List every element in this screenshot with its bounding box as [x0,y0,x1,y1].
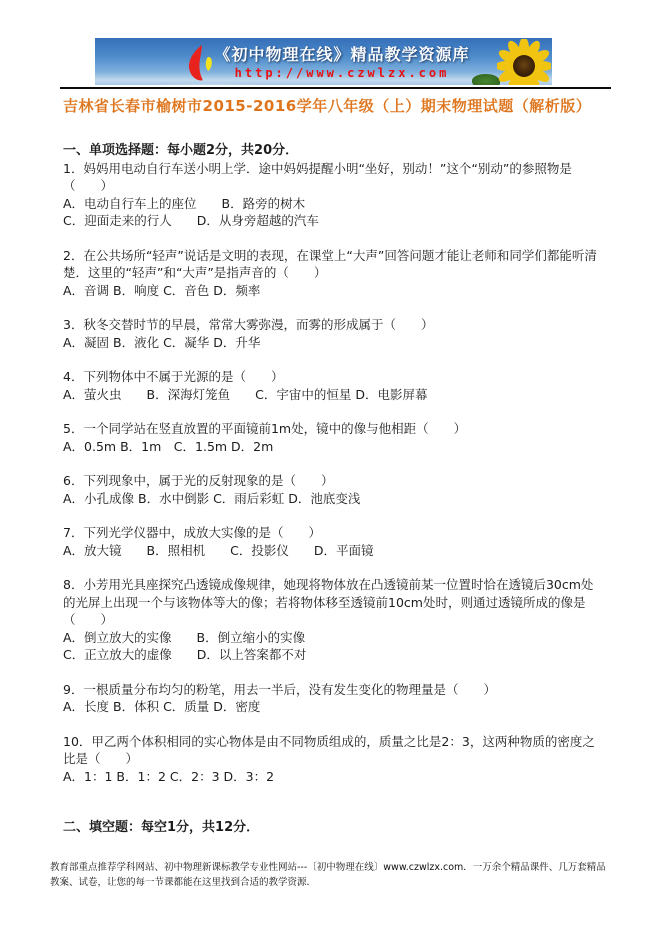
footer-note: 教育部重点推荐学科网站、初中物理新课标教学专业性网站---〔初中物理在线〕www… [50,861,612,890]
question-options-line: A．长度 B．体积 C．质量 D．密度 [63,698,600,716]
question-options-line: A．萤火虫 B．深海灯笼鱼 C．宇宙中的恒星 D．电影屏幕 [63,386,600,404]
question-stem: 5．一个同学站在竖直放置的平面镜前1m处，镜中的像与他相距（ ） [63,420,600,438]
question-7: 7．下列光学仪器中，成放大实像的是（ ） A．放大镜 B．照相机 C．投影仪 D… [63,524,600,559]
question-3: 3．秋冬交替时节的早晨，常常大雾弥漫，而雾的形成属于（ ） A．凝固 B．液化 … [63,316,600,351]
question-1: 1．妈妈用电动自行车送小明上学．途中妈妈提醒小明“坐好，别动！”这个“别动”的参… [63,160,600,230]
question-2: 2．在公共场所“轻声”说话是文明的表现，在课堂上“大声”回答问题才能让老师和同学… [63,247,600,300]
question-options-line: A．倒立放大的实像 B．倒立缩小的实像 [63,629,600,647]
site-banner: 《初中物理在线》精品教学资源库 http://www.czwlzx.com [95,38,552,85]
question-options-line: C．迎面走来的行人 D．从身旁超越的汽车 [63,212,600,230]
question-stem: 1．妈妈用电动自行车送小明上学．途中妈妈提醒小明“坐好，别动！”这个“别动”的参… [63,160,600,195]
question-stem: 4．下列物体中不属于光源的是（ ） [63,368,600,386]
banner-site-title: 《初中物理在线》精品教学资源库 [190,42,494,65]
question-stem: 9．一根质量分布均匀的粉笔，用去一半后，没有发生变化的物理量是（ ） [63,681,600,699]
section-2-heading: 二、填空题：每空1分，共12分． [63,819,600,837]
question-options-line: A．放大镜 B．照相机 C．投影仪 D．平面镜 [63,542,600,560]
question-6: 6．下列现象中，属于光的反射现象的是（ ） A．小孔成像 B．水中倒影 C．雨后… [63,472,600,507]
question-10: 10．甲乙两个体积相同的实心物体是由不同物质组成的，质量之比是2：3，这两种物质… [63,733,600,786]
question-options-line: A．小孔成像 B．水中倒影 C．雨后彩虹 D．池底变浅 [63,490,600,508]
question-stem: 10．甲乙两个体积相同的实心物体是由不同物质组成的，质量之比是2：3，这两种物质… [63,733,600,768]
question-stem: 6．下列现象中，属于光的反射现象的是（ ） [63,472,600,490]
banner-site-url: http://www.czwlzx.com [190,66,494,80]
question-5: 5．一个同学站在竖直放置的平面镜前1m处，镜中的像与他相距（ ） A．0.5m … [63,420,600,455]
banner-text-block: 《初中物理在线》精品教学资源库 http://www.czwlzx.com [190,42,494,80]
section-1-heading: 一、单项选择题：每小题2分，共20分． [63,142,600,160]
question-options-line: A．凝固 B．液化 C．凝华 D．升华 [63,334,600,352]
question-options-line: A．0.5m B．1m C．1.5m D．2m [63,438,600,456]
page-title: 吉林省长春市榆树市2015-2016学年八年级（上）期末物理试题（解析版） [63,96,600,116]
question-stem: 2．在公共场所“轻声”说话是文明的表现，在课堂上“大声”回答问题才能让老师和同学… [63,247,600,282]
sunflower-icon [497,39,551,85]
exam-content: 一、单项选择题：每小题2分，共20分． 1．妈妈用电动自行车送小明上学．途中妈妈… [63,142,600,837]
question-9: 9．一根质量分布均匀的粉笔，用去一半后，没有发生变化的物理量是（ ） A．长度 … [63,681,600,716]
leaves-decoration [472,74,500,85]
question-options-line: A．1：1 B．1：2 C．2：3 D．3：2 [63,768,600,786]
header-divider [60,87,611,89]
question-stem: 3．秋冬交替时节的早晨，常常大雾弥漫，而雾的形成属于（ ） [63,316,600,334]
question-options-line: A．电动自行车上的座位 B．路旁的树木 [63,195,600,213]
question-options-line: A．音调 B．响度 C．音色 D．频率 [63,282,600,300]
question-stem: 7．下列光学仪器中，成放大实像的是（ ） [63,524,600,542]
question-4: 4．下列物体中不属于光源的是（ ） A．萤火虫 B．深海灯笼鱼 C．宇宙中的恒星… [63,368,600,403]
question-8: 8．小芳用光具座探究凸透镜成像规律，她现将物体放在凸透镜前某一位置时恰在透镜后3… [63,576,600,664]
question-options-line: C．正立放大的虚像 D．以上答案都不对 [63,646,600,664]
question-stem: 8．小芳用光具座探究凸透镜成像规律，她现将物体放在凸透镜前某一位置时恰在透镜后3… [63,576,600,629]
